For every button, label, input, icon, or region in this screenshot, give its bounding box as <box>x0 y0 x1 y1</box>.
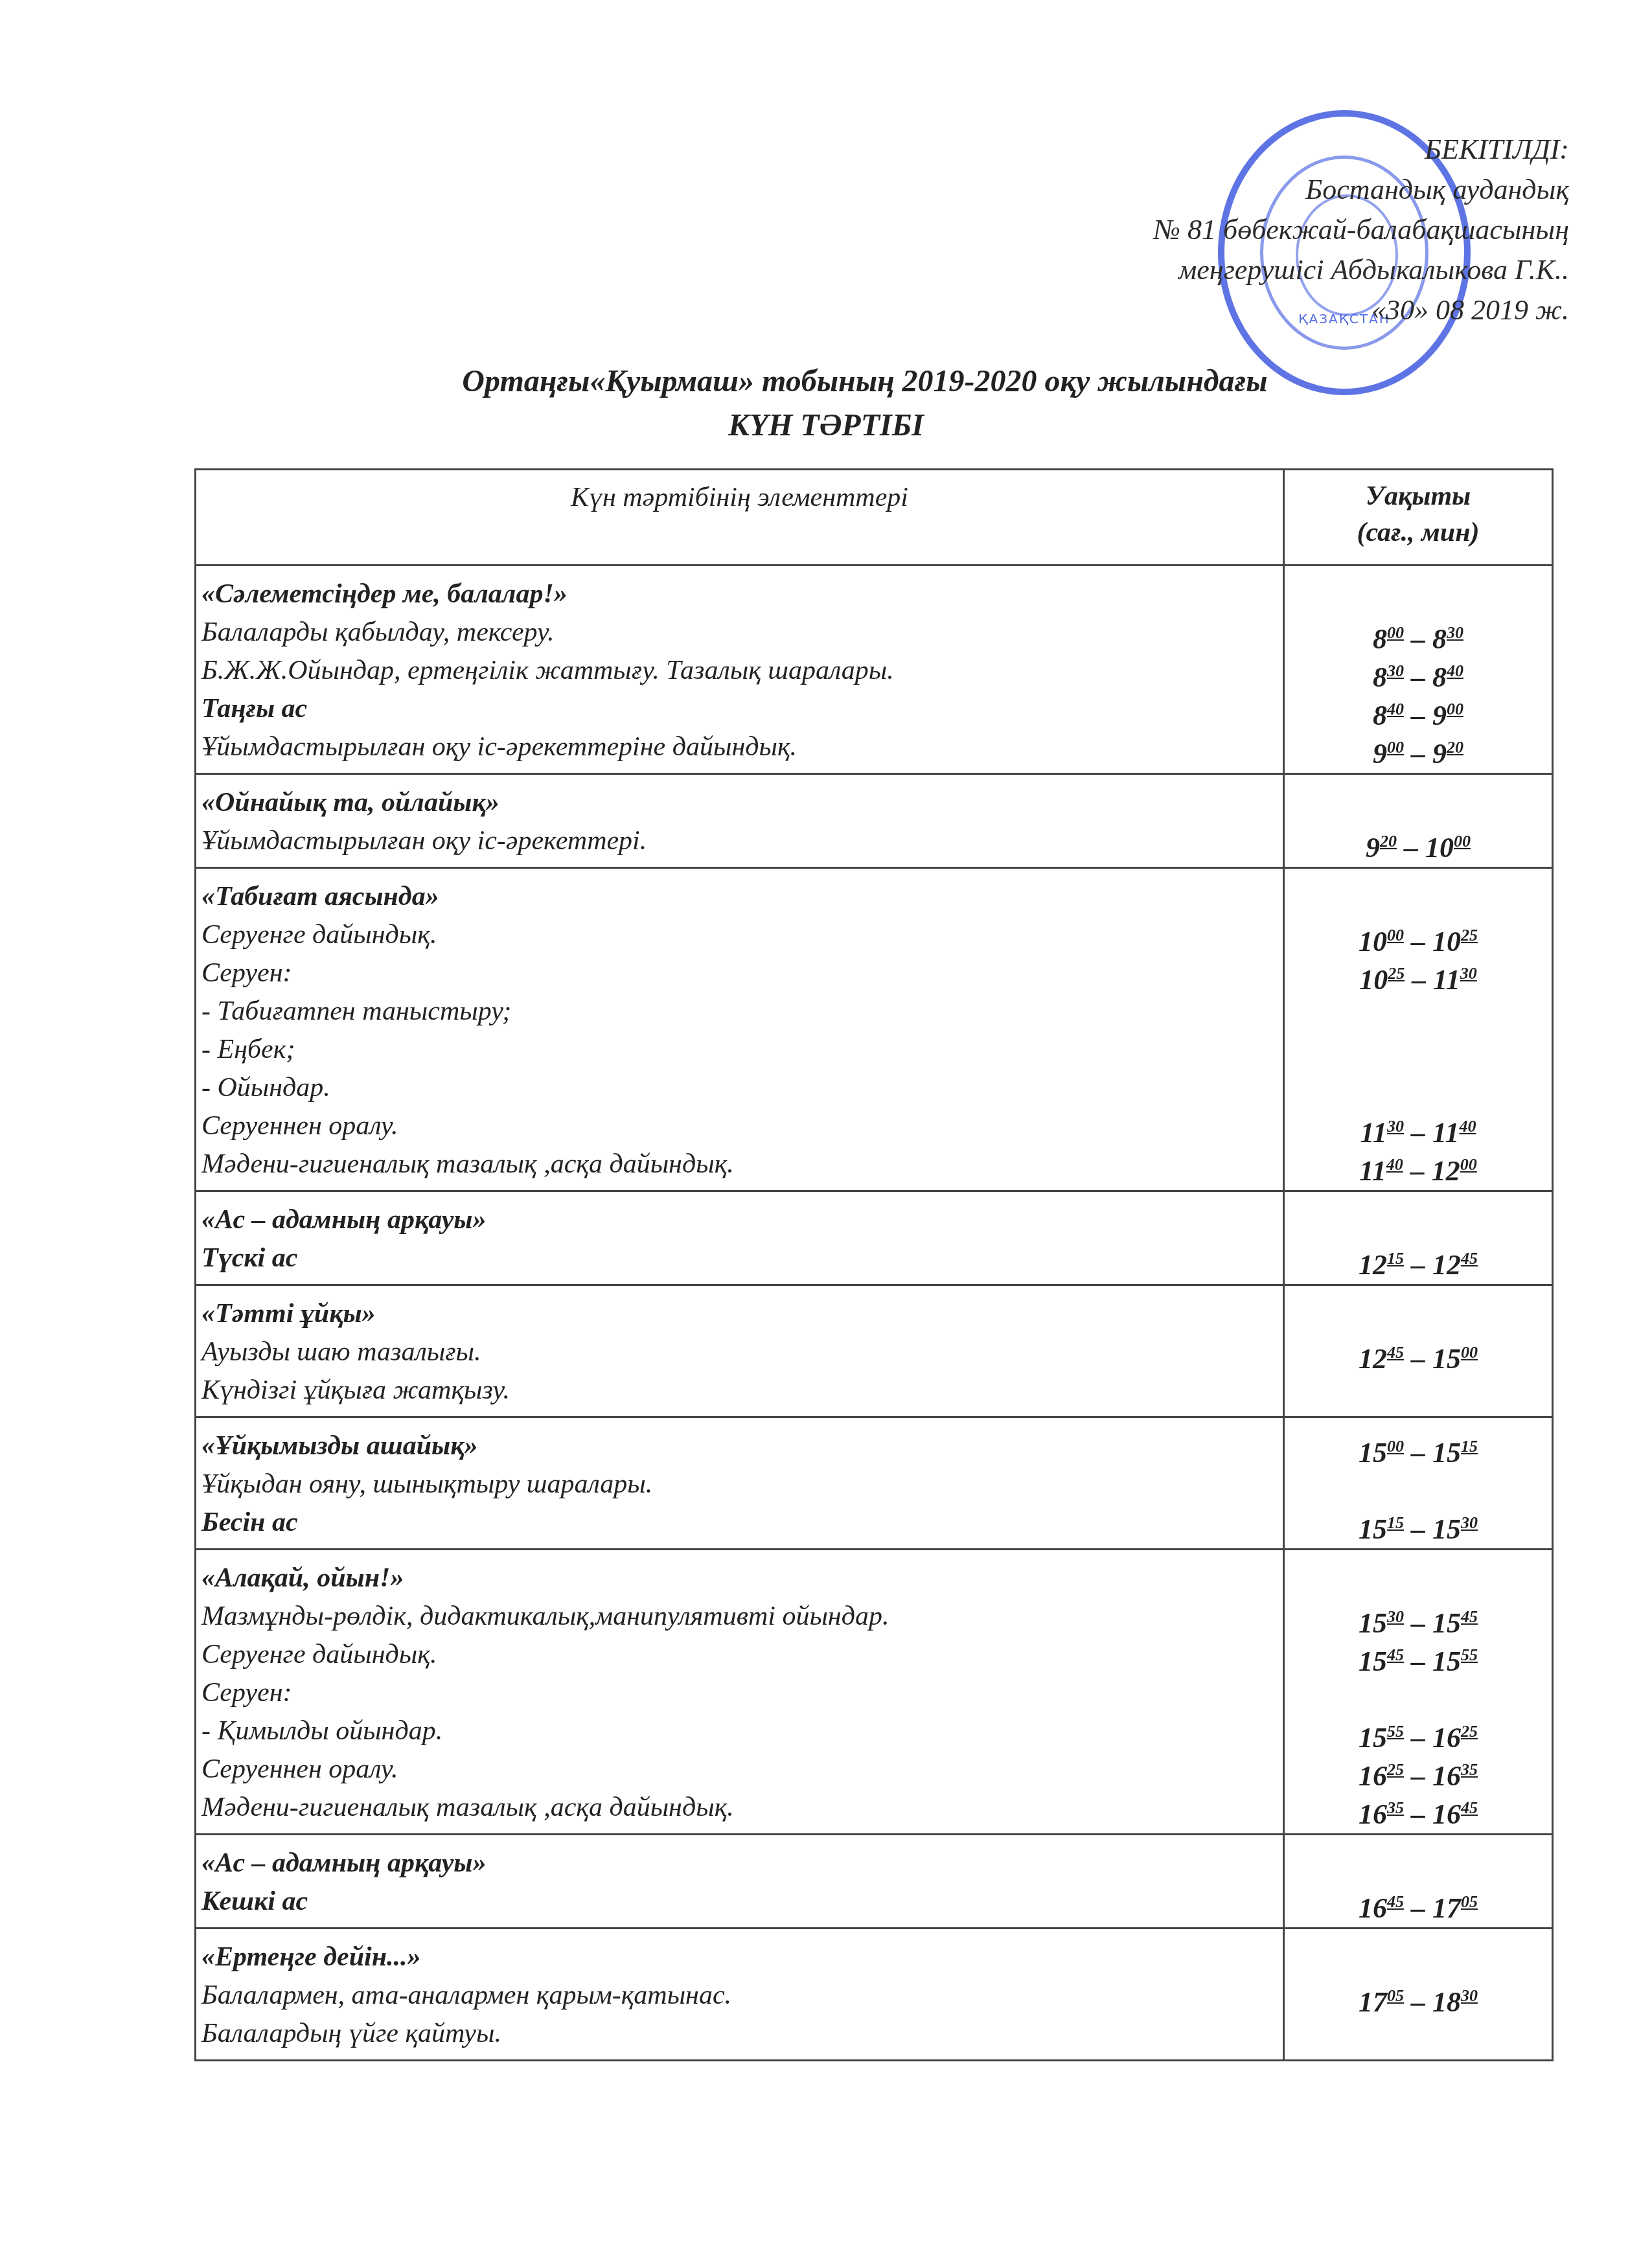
end-minutes: 05 <box>1461 1892 1478 1911</box>
start-minutes: 45 <box>1387 1343 1404 1362</box>
activity-cell: «Ертеңге дейін...»Балалармен, ата-аналар… <box>196 1929 1284 2061</box>
time-range: 800 – 830 <box>1285 613 1552 652</box>
activity-item: Ұйқыдан ояну, шынықтыру шаралары. <box>201 1465 1283 1504</box>
activity-item: Серуенге дайындық. <box>201 1636 1283 1674</box>
end-hour: 10 <box>1432 926 1461 957</box>
time-range <box>1285 1844 1552 1883</box>
approval-district: Бостандық аудандық <box>1154 170 1569 210</box>
table-row: «Ұйқымызды ашайық»Ұйқыдан ояну, шынықтыр… <box>196 1417 1553 1550</box>
table-row: «Табиғат аясында»Серуенге дайындық.Серуе… <box>196 868 1553 1191</box>
start-hour: 10 <box>1359 926 1387 957</box>
end-minutes: 25 <box>1461 926 1478 945</box>
approval-institution: № 81 бөбекжай-балабақшасының <box>1154 210 1569 250</box>
range-dash: – <box>1404 1117 1432 1149</box>
table-row: «Ас – адамның арқауы»Кешкі ас1645 – 1705 <box>196 1835 1553 1929</box>
end-minutes: 25 <box>1461 1722 1478 1741</box>
time-range <box>1285 1295 1552 1333</box>
activity-item: Серуен: <box>201 954 1283 992</box>
activity-item: Ауызды шаю тазалығы. <box>201 1333 1283 1371</box>
range-dash: – <box>1404 1607 1432 1639</box>
start-hour: 11 <box>1359 1155 1386 1187</box>
activity-item: Ұйымдастырылған оқу іс-әрекеттеріне дайы… <box>201 728 1283 766</box>
time-range <box>1285 1201 1552 1239</box>
range-dash: – <box>1404 1513 1432 1545</box>
time-range: 1545 – 1555 <box>1285 1636 1552 1674</box>
range-dash: – <box>1404 1437 1432 1469</box>
activity-cell: «Тәтті ұйқы»Ауызды шаю тазалығы.Күндізгі… <box>196 1285 1284 1417</box>
activity-cell: «Ас – адамның арқауы»Кешкі ас <box>196 1835 1284 1929</box>
end-minutes: 15 <box>1461 1437 1478 1456</box>
activity-heading: Бесін ас <box>201 1504 1283 1542</box>
start-minutes: 40 <box>1387 700 1404 718</box>
time-range: 920 – 1000 <box>1285 822 1552 860</box>
end-minutes: 55 <box>1461 1645 1478 1664</box>
start-hour: 16 <box>1359 1892 1387 1924</box>
start-minutes: 30 <box>1387 661 1404 680</box>
end-minutes: 30 <box>1461 1986 1478 2005</box>
activity-heading: «Ұйқымызды ашайық» <box>201 1427 1283 1465</box>
start-minutes: 25 <box>1387 1760 1404 1779</box>
activity-item: - Табиғатпен таныстыру; <box>201 992 1283 1031</box>
activity-heading: «Ас – адамның арқауы» <box>201 1201 1283 1239</box>
table-row: «Алақай, ойын!»Мазмұнды-рөлдік, дидактик… <box>196 1550 1553 1835</box>
time-cell: 1215 – 1245 <box>1284 1191 1553 1285</box>
time-range: 1515 – 1530 <box>1285 1504 1552 1542</box>
end-minutes: 45 <box>1461 1607 1478 1626</box>
time-range <box>1285 1465 1552 1504</box>
table-header-row: Күн тәртібінің элементтері Уақыты (сағ.,… <box>196 470 1553 566</box>
end-hour: 16 <box>1432 1798 1461 1830</box>
start-minutes: 55 <box>1387 1722 1404 1741</box>
start-minutes: 35 <box>1387 1798 1404 1817</box>
end-minutes: 30 <box>1461 1513 1478 1532</box>
time-range <box>1285 1938 1552 1976</box>
start-hour: 15 <box>1359 1607 1387 1639</box>
end-hour: 15 <box>1432 1343 1461 1375</box>
activity-cell: «Ұйқымызды ашайық»Ұйқыдан ояну, шынықтыр… <box>196 1417 1284 1550</box>
time-cell: 1645 – 1705 <box>1284 1835 1553 1929</box>
approval-block: БЕКІТІЛДІ: Бостандық аудандық № 81 бөбек… <box>1154 130 1569 330</box>
end-minutes: 45 <box>1461 1249 1478 1268</box>
time-range: 1140 – 1200 <box>1285 1145 1552 1184</box>
activity-cell: «Сәлеметсіңдер ме, балалар!»Балаларды қа… <box>196 566 1284 774</box>
activity-item: Балаларды қабылдау, тексеру. <box>201 613 1283 652</box>
activity-heading: Түскі ас <box>201 1239 1283 1277</box>
start-hour: 8 <box>1373 623 1387 655</box>
time-range: 840 – 900 <box>1285 690 1552 728</box>
start-minutes: 00 <box>1387 1437 1404 1456</box>
activity-item: Балалардың үйге қайтуы. <box>201 2015 1283 2053</box>
time-range: 830 – 840 <box>1285 652 1552 690</box>
activity-item: Б.Ж.Ж.Ойындар, ертеңгілік жаттығу. Тазал… <box>201 652 1283 690</box>
activity-item: - Қимылды ойындар. <box>201 1712 1283 1750</box>
activity-item: - Еңбек; <box>201 1031 1283 1069</box>
approval-heading: БЕКІТІЛДІ: <box>1154 130 1569 170</box>
activity-item: - Ойындар. <box>201 1069 1283 1107</box>
start-hour: 8 <box>1373 661 1387 693</box>
activity-heading: «Алақай, ойын!» <box>201 1559 1283 1598</box>
start-minutes: 30 <box>1387 1117 1404 1136</box>
start-hour: 15 <box>1359 1645 1387 1677</box>
end-hour: 11 <box>1432 1117 1460 1149</box>
range-dash: – <box>1404 1798 1432 1830</box>
range-dash: – <box>1404 1343 1432 1375</box>
end-minutes: 00 <box>1447 700 1463 718</box>
start-hour: 15 <box>1359 1513 1387 1545</box>
range-dash: – <box>1404 738 1432 770</box>
range-dash: – <box>1404 1645 1432 1677</box>
time-range <box>1285 1031 1552 1069</box>
end-hour: 8 <box>1432 661 1447 693</box>
start-hour: 16 <box>1359 1798 1387 1830</box>
end-hour: 11 <box>1433 964 1460 996</box>
start-minutes: 45 <box>1387 1892 1404 1911</box>
time-range <box>1285 2015 1552 2053</box>
header-time: Уақыты (сағ., мин) <box>1284 470 1553 566</box>
time-range: 1500 – 1515 <box>1285 1427 1552 1465</box>
start-hour: 11 <box>1360 1117 1387 1149</box>
activity-heading: «Ойнайық та, ойлайық» <box>201 784 1283 822</box>
start-hour: 12 <box>1359 1343 1387 1375</box>
activity-item: Мазмұнды-рөлдік, дидактикалық,манипуляти… <box>201 1598 1283 1636</box>
end-hour: 16 <box>1432 1760 1461 1792</box>
time-range: 1625 – 1635 <box>1285 1750 1552 1789</box>
approval-head: меңгерушісі Абдыкалыкова Г.К.. <box>1154 250 1569 290</box>
range-dash: – <box>1404 623 1432 655</box>
end-hour: 15 <box>1432 1607 1461 1639</box>
start-minutes: 00 <box>1387 738 1404 757</box>
range-dash: – <box>1404 700 1432 731</box>
approval-date: «30» 08 2019 ж. <box>1154 290 1569 330</box>
end-hour: 9 <box>1432 700 1447 731</box>
time-range <box>1285 1559 1552 1598</box>
end-minutes: 00 <box>1461 1343 1478 1362</box>
activity-heading: «Тәтті ұйқы» <box>201 1295 1283 1333</box>
start-hour: 9 <box>1373 738 1387 770</box>
document-title: Ортаңғы«Қуырмаш» тобының 2019-2020 оқу ж… <box>0 360 1652 448</box>
start-minutes: 00 <box>1387 926 1404 945</box>
schedule-table: Күн тәртібінің элементтері Уақыты (сағ.,… <box>194 468 1554 2061</box>
start-minutes: 15 <box>1387 1513 1404 1532</box>
time-range: 1215 – 1245 <box>1285 1239 1552 1277</box>
start-hour: 16 <box>1359 1760 1387 1792</box>
start-minutes: 25 <box>1388 964 1405 983</box>
end-hour: 12 <box>1432 1249 1461 1281</box>
range-dash: – <box>1404 1986 1432 2018</box>
end-minutes: 45 <box>1461 1798 1478 1817</box>
start-hour: 17 <box>1359 1986 1387 2018</box>
activity-item: Серуен: <box>201 1674 1283 1712</box>
activity-cell: «Ас – адамның арқауы»Түскі ас <box>196 1191 1284 1285</box>
range-dash: – <box>1397 832 1425 864</box>
activity-item: Ұйымдастырылған оқу іс-әрекеттері. <box>201 822 1283 860</box>
end-hour: 8 <box>1432 623 1447 655</box>
end-minutes: 00 <box>1454 832 1471 851</box>
time-cell: 1245 – 1500 <box>1284 1285 1553 1417</box>
table-row: «Ас – адамның арқауы»Түскі ас1215 – 1245 <box>196 1191 1553 1285</box>
start-minutes: 05 <box>1387 1986 1404 2005</box>
activity-item: Күндізгі ұйқыға жатқызу. <box>201 1371 1283 1410</box>
time-range <box>1285 1674 1552 1712</box>
header-time-line2: (сағ., мин) <box>1285 514 1552 551</box>
end-hour: 17 <box>1432 1892 1461 1924</box>
activity-heading: Таңғы ас <box>201 690 1283 728</box>
activity-cell: «Ойнайық та, ойлайық»Ұйымдастырылған оқу… <box>196 774 1284 868</box>
end-hour: 10 <box>1425 832 1454 864</box>
end-hour: 15 <box>1432 1437 1461 1469</box>
activity-heading: «Ас – адамның арқауы» <box>201 1844 1283 1883</box>
range-dash: – <box>1404 1722 1432 1754</box>
time-range: 1635 – 1645 <box>1285 1789 1552 1827</box>
title-line-1: Ортаңғы«Қуырмаш» тобының 2019-2020 оқу ж… <box>0 360 1652 404</box>
time-range: 1000 – 1025 <box>1285 916 1552 954</box>
start-minutes: 30 <box>1387 1607 1404 1626</box>
start-minutes: 00 <box>1387 623 1404 642</box>
time-range: 1130 – 1140 <box>1285 1107 1552 1145</box>
time-range: 900 – 920 <box>1285 728 1552 766</box>
start-minutes: 45 <box>1387 1645 1404 1664</box>
range-dash: – <box>1405 964 1433 996</box>
activity-heading: «Ертеңге дейін...» <box>201 1938 1283 1976</box>
activity-item: Мәдени-гигиеналық тазалық ,асқа дайындық… <box>201 1789 1283 1827</box>
end-minutes: 00 <box>1460 1155 1477 1174</box>
activity-item: Мәдени-гигиеналық тазалық ,асқа дайындық… <box>201 1145 1283 1184</box>
activity-heading: «Сәлеметсіңдер ме, балалар!» <box>201 575 1283 613</box>
start-hour: 9 <box>1366 832 1380 864</box>
time-range <box>1285 1371 1552 1410</box>
activity-heading: «Табиғат аясында» <box>201 878 1283 916</box>
time-cell: 1705 – 1830 <box>1284 1929 1553 2061</box>
time-range <box>1285 992 1552 1031</box>
activity-item: Серуеннен оралу. <box>201 1750 1283 1789</box>
time-range: 1245 – 1500 <box>1285 1333 1552 1371</box>
end-hour: 9 <box>1432 738 1447 770</box>
range-dash: – <box>1404 926 1432 957</box>
end-hour: 12 <box>1432 1155 1460 1187</box>
end-hour: 15 <box>1432 1513 1461 1545</box>
activity-heading: Кешкі ас <box>201 1883 1283 1921</box>
end-minutes: 40 <box>1460 1117 1476 1136</box>
time-cell: 1500 – 15151515 – 1530 <box>1284 1417 1553 1550</box>
activity-item: Серуеннен оралу. <box>201 1107 1283 1145</box>
end-minutes: 20 <box>1447 738 1463 757</box>
time-cell: 800 – 830830 – 840840 – 900900 – 920 <box>1284 566 1553 774</box>
start-minutes: 40 <box>1386 1155 1403 1174</box>
time-range <box>1285 575 1552 613</box>
activity-cell: «Алақай, ойын!»Мазмұнды-рөлдік, дидактик… <box>196 1550 1284 1835</box>
title-line-2: КҮН ТӘРТІБІ <box>0 404 1652 448</box>
start-hour: 8 <box>1373 700 1387 731</box>
time-range: 1645 – 1705 <box>1285 1883 1552 1921</box>
range-dash: – <box>1404 661 1432 693</box>
time-range: 1555 – 1625 <box>1285 1712 1552 1750</box>
table-row: «Тәтті ұйқы»Ауызды шаю тазалығы.Күндізгі… <box>196 1285 1553 1417</box>
time-range <box>1285 784 1552 822</box>
time-cell: 1000 – 10251025 – 11301130 – 11401140 – … <box>1284 868 1553 1191</box>
header-elements: Күн тәртібінің элементтері <box>196 470 1284 566</box>
time-cell: 920 – 1000 <box>1284 774 1553 868</box>
start-minutes: 15 <box>1387 1249 1404 1268</box>
end-minutes: 40 <box>1447 661 1463 680</box>
end-hour: 18 <box>1432 1986 1461 2018</box>
activity-item: Балалармен, ата-аналармен қарым-қатынас. <box>201 1976 1283 2015</box>
activity-cell: «Табиғат аясында»Серуенге дайындық.Серуе… <box>196 868 1284 1191</box>
table-row: «Сәлеметсіңдер ме, балалар!»Балаларды қа… <box>196 566 1553 774</box>
header-time-line1: Уақыты <box>1285 478 1552 514</box>
time-range <box>1285 1069 1552 1107</box>
start-minutes: 20 <box>1380 832 1397 851</box>
time-range: 1530 – 1545 <box>1285 1598 1552 1636</box>
time-range: 1025 – 1130 <box>1285 954 1552 992</box>
start-hour: 15 <box>1359 1437 1387 1469</box>
start-hour: 15 <box>1359 1722 1387 1754</box>
table-row: «Ойнайық та, ойлайық»Ұйымдастырылған оқу… <box>196 774 1553 868</box>
range-dash: – <box>1404 1892 1432 1924</box>
end-hour: 15 <box>1432 1645 1461 1677</box>
end-hour: 16 <box>1432 1722 1461 1754</box>
start-hour: 10 <box>1359 964 1388 996</box>
activity-item: Серуенге дайындық. <box>201 916 1283 954</box>
end-minutes: 35 <box>1461 1760 1478 1779</box>
time-cell: 1530 – 15451545 – 15551555 – 16251625 – … <box>1284 1550 1553 1835</box>
range-dash: – <box>1404 1760 1432 1792</box>
end-minutes: 30 <box>1447 623 1463 642</box>
time-range: 1705 – 1830 <box>1285 1976 1552 2015</box>
time-range <box>1285 878 1552 916</box>
table-row: «Ертеңге дейін...»Балалармен, ата-аналар… <box>196 1929 1553 2061</box>
start-hour: 12 <box>1359 1249 1387 1281</box>
range-dash: – <box>1403 1155 1432 1187</box>
end-minutes: 30 <box>1460 964 1477 983</box>
range-dash: – <box>1404 1249 1432 1281</box>
